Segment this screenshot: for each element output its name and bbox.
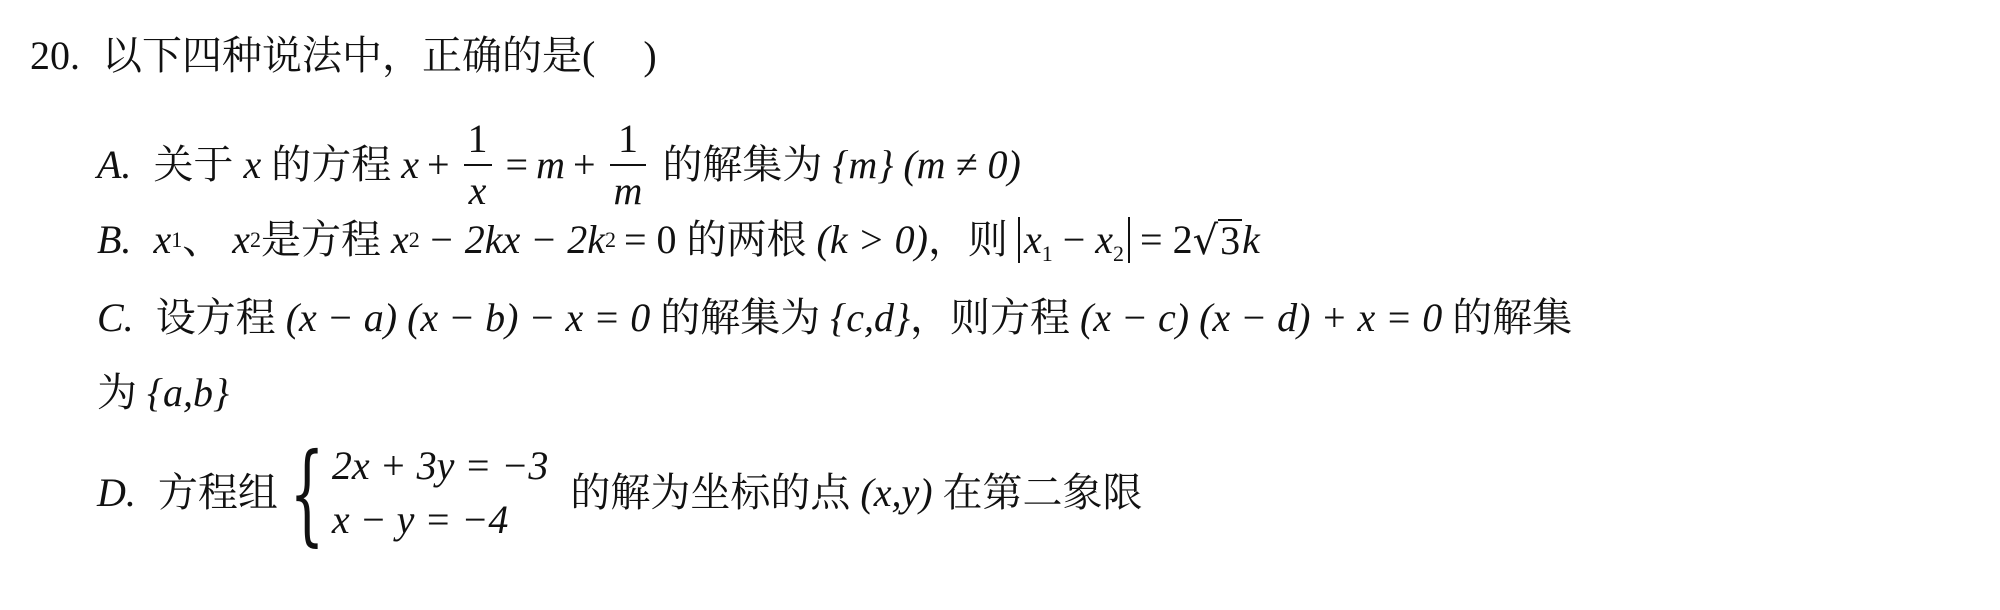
equals-sign: = (506, 145, 529, 185)
var-k: k (1242, 220, 1260, 260)
option-d-text-3: 在第二象限 (943, 473, 1143, 513)
option-a: A. 关于 x 的方程 x + 1 x = m + 1 m 的解集为 {m} (… (97, 100, 1021, 230)
option-c-set-2: {a,b} (147, 373, 229, 413)
question-text: 以下四种说法中，正确的是 (102, 36, 582, 76)
fraction-numerator: 1 (614, 118, 642, 160)
option-a-condition: (m ≠ 0) (903, 145, 1020, 185)
radicand: 3 (1218, 219, 1242, 261)
equation-part: x (391, 220, 409, 260)
option-b-text-2: 的两根 (687, 220, 807, 260)
option-d-point: (x,y) (860, 473, 932, 513)
equation-row-2: x − y = −4 (332, 500, 548, 540)
option-c-equation-2: (x − c) (x − d) + x = 0 (1080, 298, 1442, 338)
fraction-bar (464, 164, 492, 166)
option-a-var: x (243, 145, 261, 185)
abs-var: x (1095, 217, 1113, 262)
subscript: 2 (1113, 241, 1124, 266)
fraction-denominator: m (610, 170, 647, 212)
option-d-text-2: 的解为坐标的点 (570, 473, 850, 513)
option-b-label: B. (97, 220, 131, 260)
equation-part: = 0 (624, 220, 677, 260)
option-b-text-1: 是方程 (261, 220, 381, 260)
fraction-numerator: 1 (464, 118, 492, 160)
superscript: 2 (409, 229, 420, 251)
option-c-set-1: {c,d} (830, 298, 910, 338)
square-root: √ 3 (1193, 219, 1243, 261)
subscript: 2 (250, 229, 261, 251)
plus-sign: + (427, 145, 450, 185)
option-a-text-mid: 的方程 (271, 145, 391, 185)
left-brace-icon: { (289, 438, 324, 548)
option-a-label: A. (97, 145, 131, 185)
option-d: D. 方程组 { 2x + 3y = −3 x − y = −4 的解为坐标的点… (97, 438, 1143, 548)
option-c-label: C. (97, 298, 134, 338)
option-c-equation-1: (x − a) (x − b) − x = 0 (286, 298, 651, 338)
option-c: C. 设方程 (x − a) (x − b) − x = 0 的解集为 {c,d… (97, 292, 1572, 344)
fraction-denominator: x (465, 170, 491, 212)
subscript: 1 (1042, 241, 1053, 266)
option-a-lhs-x: x (401, 145, 419, 185)
option-c-text-2: 的解集为 (660, 298, 820, 338)
equation-part: − 2kx − 2k (428, 220, 605, 260)
separator: 、 (182, 220, 222, 260)
option-c-text-3: ，则方程 (910, 298, 1070, 338)
var-x1: x (153, 220, 171, 260)
equation-system: { 2x + 3y = −3 x − y = −4 (278, 438, 548, 548)
question-number: 20. (30, 36, 80, 76)
option-b-text-3: ，则 (928, 220, 1008, 260)
absolute-value: x1 − x2 (1018, 217, 1130, 263)
equation-rows: 2x + 3y = −3 x − y = −4 (332, 446, 548, 540)
option-b: B. x1 、 x2 是方程 x2 − 2kx − 2k2 = 0 的两根 (k… (97, 214, 1260, 266)
option-a-text-post: 的解集为 (662, 145, 822, 185)
option-c-text-1: 设方程 (156, 298, 276, 338)
option-a-solution-set: {m} (832, 145, 893, 185)
answer-blank-close: ) (643, 36, 656, 76)
question-stem: 20. 以下四种说法中，正确的是 ( ) (30, 35, 657, 77)
superscript: 2 (605, 229, 616, 251)
option-c-text-5: 为 (97, 373, 137, 413)
minus-sign: − (1063, 217, 1086, 262)
option-a-text-pre: 关于 (153, 145, 233, 185)
equation-rhs: = 2 (1140, 220, 1193, 260)
option-a-rhs-m: m (536, 145, 565, 185)
option-c-continuation: 为 {a,b} (97, 367, 229, 419)
abs-var: x (1024, 217, 1042, 262)
var-x2: x (232, 220, 250, 260)
fraction-bar (610, 164, 647, 166)
option-d-text-1: 方程组 (158, 473, 278, 513)
fraction-one-over-x: 1 x (464, 118, 492, 212)
option-d-label: D. (97, 473, 136, 513)
plus-sign: + (573, 145, 596, 185)
option-b-condition: (k > 0) (817, 220, 928, 260)
equation-row-1: 2x + 3y = −3 (332, 446, 548, 486)
radical-icon: √ (1193, 221, 1219, 261)
subscript: 1 (171, 229, 182, 251)
option-c-text-4: 的解集 (1452, 298, 1572, 338)
answer-blank-open: ( (582, 36, 595, 76)
fraction-one-over-m: 1 m (610, 118, 647, 212)
